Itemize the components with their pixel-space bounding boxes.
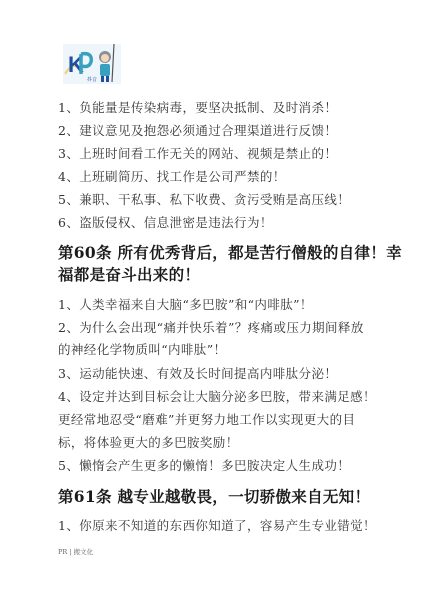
rule-item: 5、懒惰会产生更多的懒惰！多巴胺决定人生成功！ [58,458,350,474]
rule-item-continued: 的神经化学物质叫“内啡肽”！ [58,342,226,358]
rule-item: 2、为什么会出现“痛并快乐着”？疼痛或压力期间释放 [58,320,364,336]
rule-item: 4、上班刷简历、找工作是公司严禁的！ [58,169,286,185]
section-heading-60-cont: 福都是奋斗出来的！ [58,265,200,285]
rule-item-continued: 更经常地忍受“磨难”并更努力地工作以实现更大的目 [58,412,355,428]
rule-item: 4、设定并达到目标会让大脑分泌多巴胺，带来满足感！ [58,389,376,405]
section-heading-61: 第61条 越专业越敬畏，一切骄傲来自无知！ [58,487,370,507]
rule-item: 1、人类幸福来自大脑“多巴胺”和“内啡肽”！ [58,297,313,313]
rule-item: 5、兼职、干私事、私下收费、贪污受贿是高压线！ [58,192,350,208]
rule-item: 6、盗版侵权、信息泄密是违法行为！ [58,215,273,231]
section-heading-60: 第60条 所有优秀背后，都是苦行僧般的自律！幸 [58,243,402,263]
document-page: K 抖音 1、负能量是传染病毒，要坚决抵制、及时消杀！ 2、建议意见及抱怨必须通… [0,0,421,598]
rule-item: 1、负能量是传染病毒，要坚决抵制、及时消杀！ [58,100,337,116]
rule-item: 3、运动能快速、有效及长时间提高内啡肽分泌！ [58,366,337,382]
rule-item: 1、你原来不知道的东西你知道了，容易产生专业错觉！ [58,518,376,534]
rule-item: 2、建议意见及抱怨必须通过合理渠道进行反馈！ [58,123,337,139]
logo-subtext: 抖音 [87,76,97,83]
brand-logo: K 抖音 [63,40,121,86]
mascot-logo-icon: K 抖音 [63,40,121,86]
rule-item: 3、上班时间看工作无关的网站、视频是禁止的！ [58,146,337,162]
rule-item-continued: 标，将体验更大的多巴胺奖励！ [58,435,239,451]
page-footer: PR | 搬文化 [58,547,93,556]
